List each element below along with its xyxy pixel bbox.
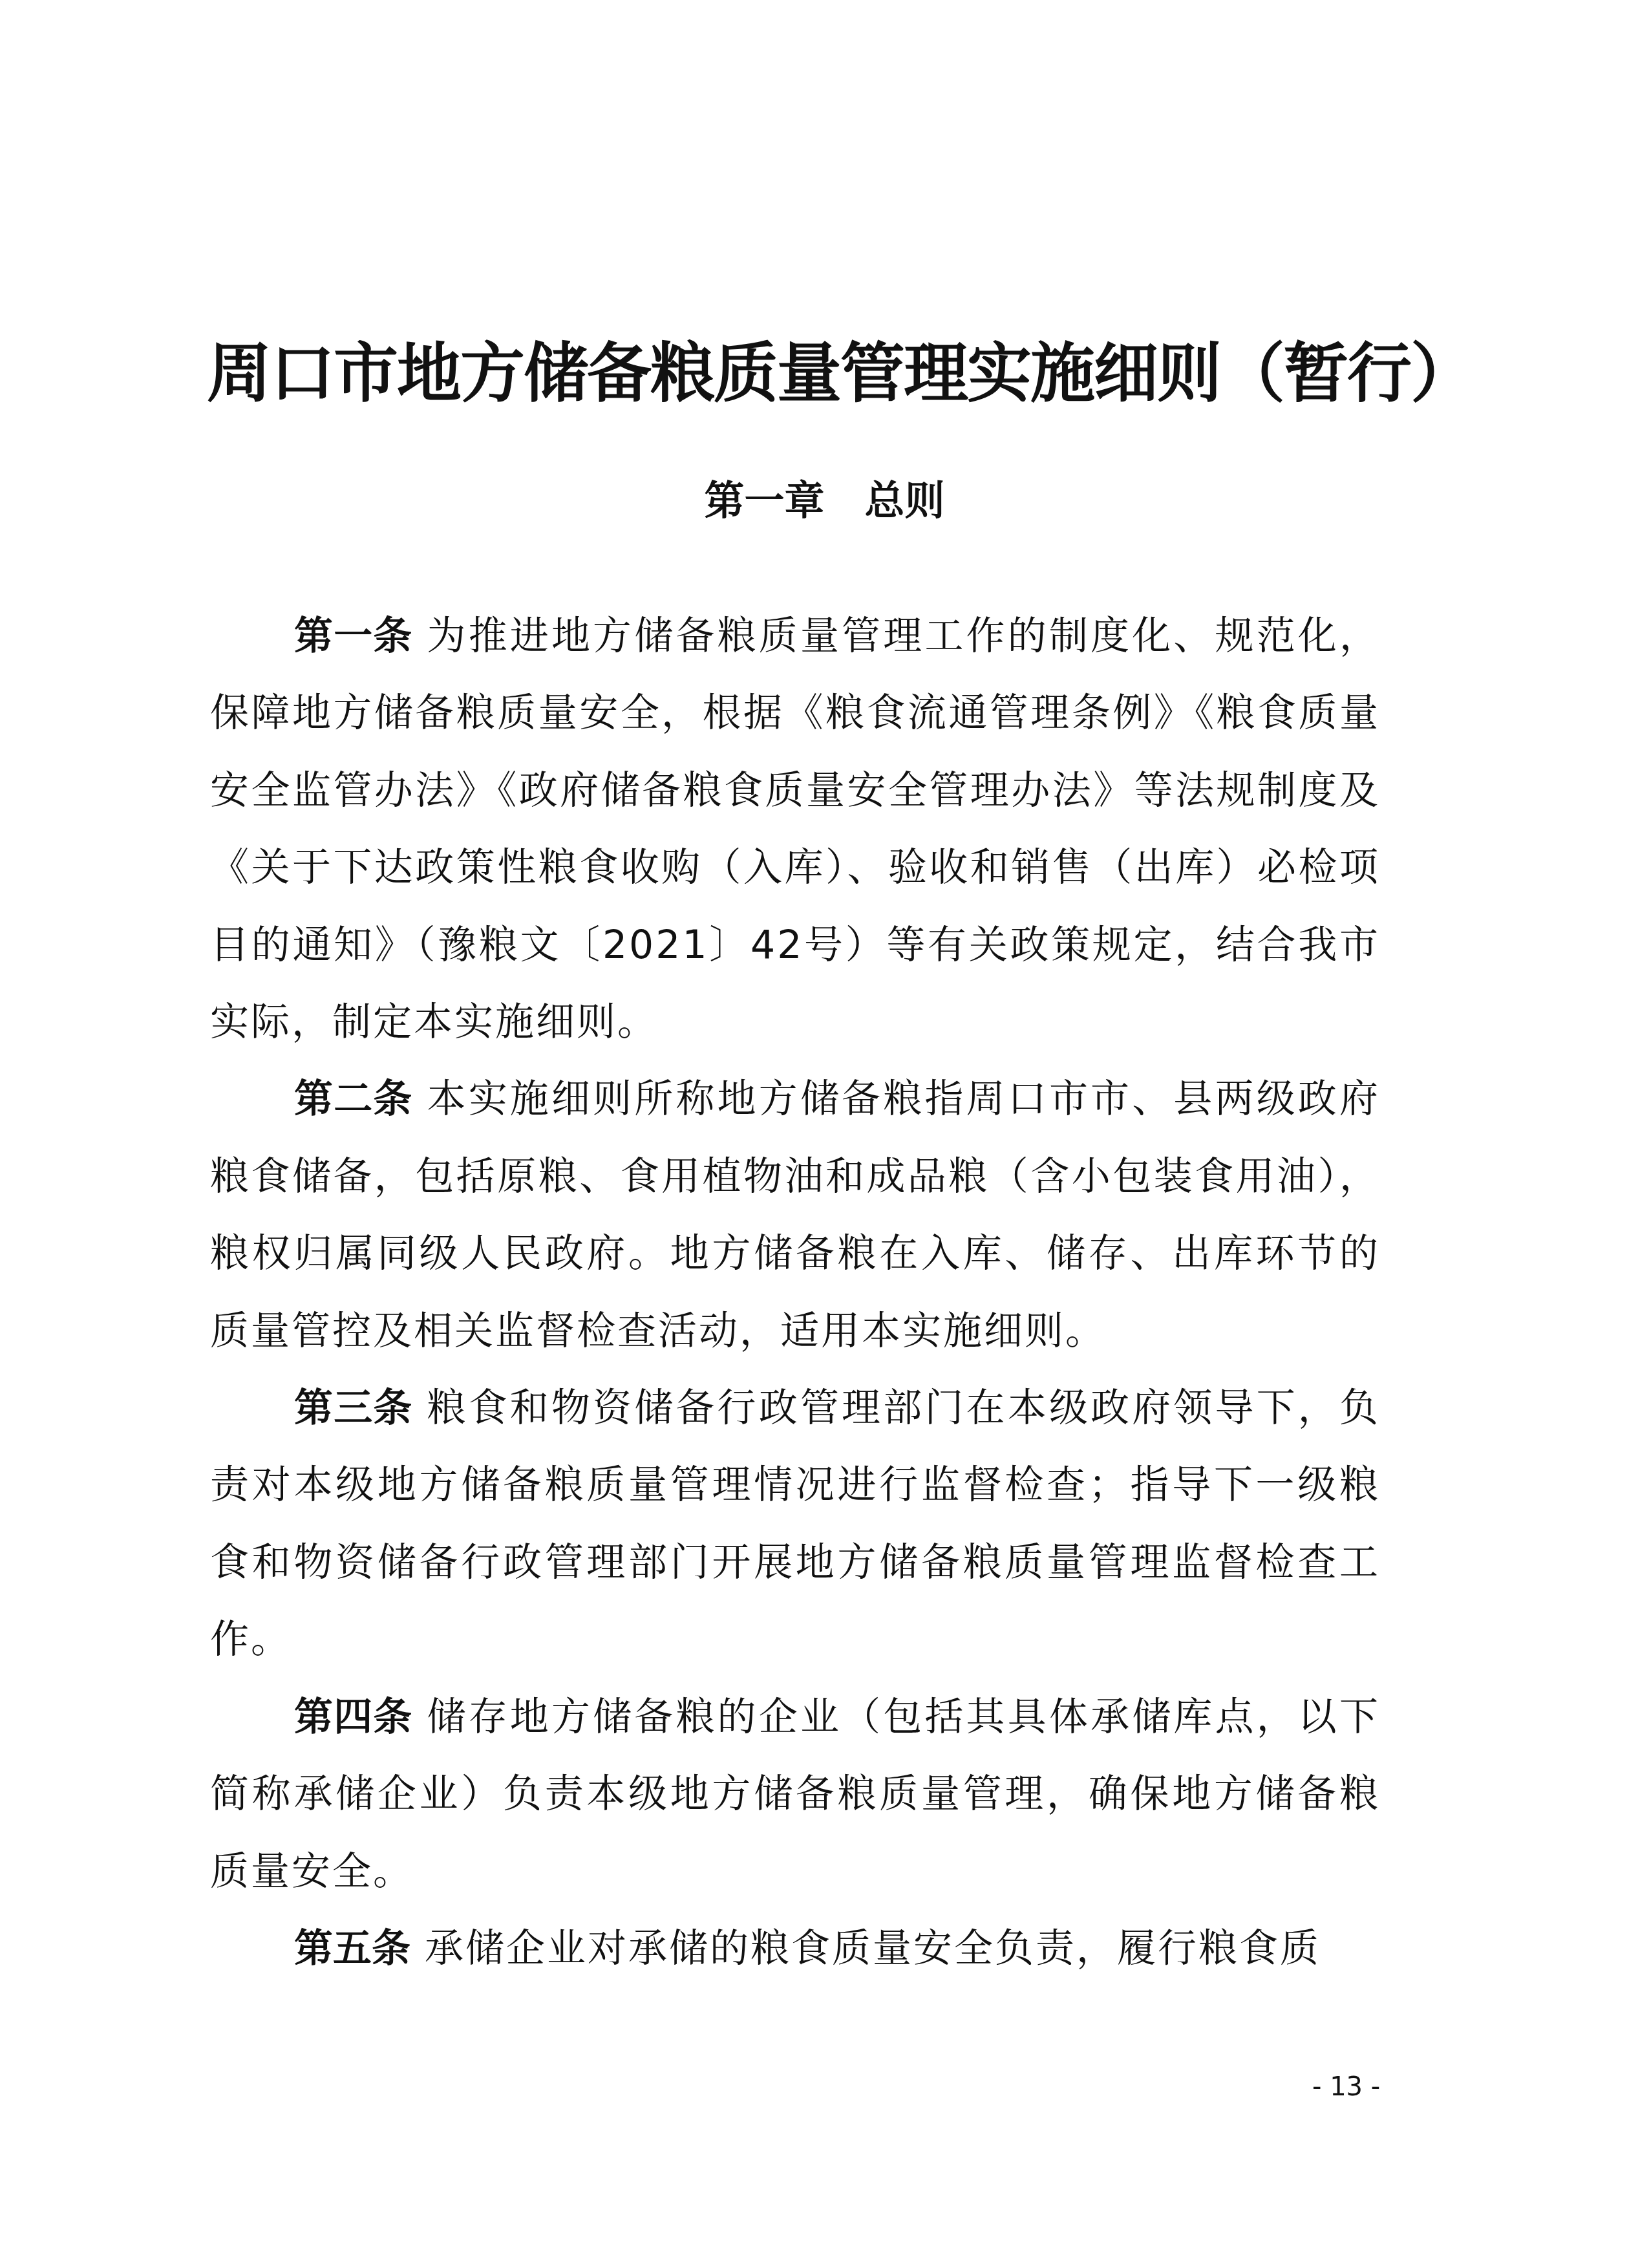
page-number: - 13 - [1312,2072,1380,2102]
article-1: 第一条为推进地方储备粮质量管理工作的制度化、规范化，保障地方储备粮质量安全，根据… [210,598,1380,1061]
document-title: 周口市地方储备粮质量管理实施细则（暂行） [207,328,1383,418]
article-text: 为推进地方储备粮质量管理工作的制度化、规范化，保障地方储备粮质量安全，根据《粮食… [210,614,1380,1045]
chapter-heading: 第一章 总则 [0,472,1649,530]
article-5: 第五条承储企业对承储的粮食质量安全负责，履行粮食质 [210,1910,1380,1987]
article-label: 第二条 [294,1076,412,1122]
article-label: 第五条 [294,1926,410,1971]
article-label: 第三条 [294,1385,412,1431]
article-2: 第二条本实施细则所称地方储备粮指周口市市、县两级政府粮食储备，包括原粮、食用植物… [210,1061,1380,1370]
article-label: 第四条 [294,1695,412,1740]
document-body: 第一条为推进地方储备粮质量管理工作的制度化、规范化，保障地方储备粮质量安全，根据… [210,598,1380,1987]
article-text: 承储企业对承储的粮食质量安全负责，履行粮食质 [425,1926,1321,1971]
article-3: 第三条粮食和物资储备行政管理部门在本级政府领导下，负责对本级地方储备粮质量管理情… [210,1370,1380,1679]
article-label: 第一条 [294,614,412,659]
article-4: 第四条储存地方储备粮的企业（包括其具体承储库点，以下简称承储企业）负责本级地方储… [210,1679,1380,1910]
